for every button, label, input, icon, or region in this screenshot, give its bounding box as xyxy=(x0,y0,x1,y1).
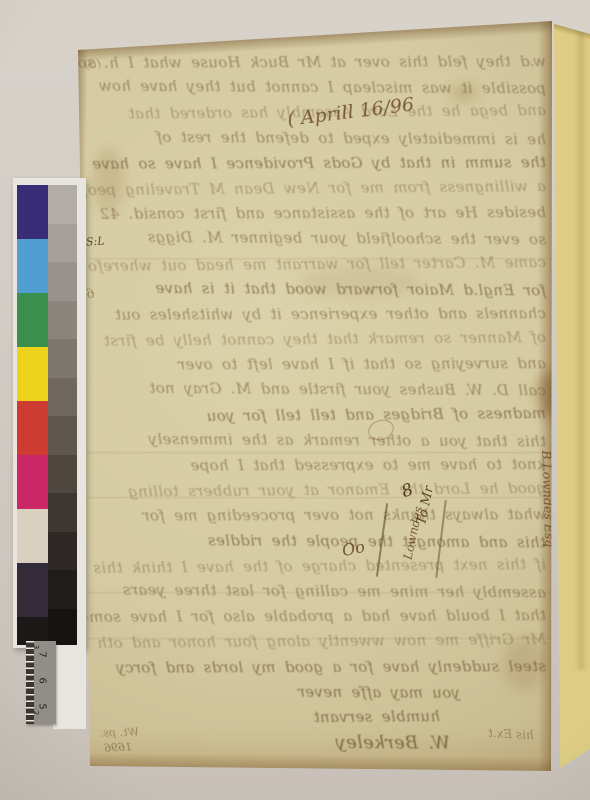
ruler-number: 6 xyxy=(37,677,48,683)
bottom-left-mark: Wt. ps. xyxy=(100,725,139,739)
ms-line: what always thanks not over proceeding m… xyxy=(90,503,546,530)
bottom-right-mark: his Ex.t xyxy=(488,726,534,742)
ms-line: knot to have me to expressed that I hope xyxy=(90,452,546,479)
ms-line: steel suddenly have for a good my lords … xyxy=(90,654,546,681)
shelfmark-annotation: S:L xyxy=(86,234,105,248)
gray-step xyxy=(48,262,77,301)
ruler-number: 7 xyxy=(37,651,48,657)
ms-line: besides He art of the assistance and fir… xyxy=(90,200,546,227)
color-patch-cream xyxy=(17,509,48,563)
gray-step xyxy=(48,455,77,494)
gray-step xyxy=(48,339,77,378)
leaf-top-edge xyxy=(550,22,590,41)
grayscale-column xyxy=(48,185,77,647)
leaf-fold-shade xyxy=(576,30,586,670)
ruler-edge-number: 3 xyxy=(32,645,40,649)
gray-step xyxy=(48,301,77,340)
ms-line: Mr Griffe me now wwently along four hono… xyxy=(90,627,546,656)
color-patch-azure xyxy=(17,239,48,293)
gray-step xyxy=(48,493,77,532)
ms-line: came M. Carter tell for warrant me head … xyxy=(90,250,546,279)
ms-line: for Engl.d Maior forward wood that it is… xyxy=(90,275,546,303)
corner-mark: (0) xyxy=(83,56,102,72)
color-patch-red xyxy=(17,401,48,455)
ms-line: he is immediately exped to defend the re… xyxy=(90,124,546,152)
ms-line: madness of Bridges and tell tell for you xyxy=(90,401,546,430)
color-patch-green xyxy=(17,293,48,347)
ruler-edge-number: 2 xyxy=(32,711,40,715)
ms-line: and surveying so that if I have left to … xyxy=(90,351,546,378)
ms-line: possible it was miscleap I cannot but th… xyxy=(90,74,546,102)
ms-line: of Manner so remark that they cannot hel… xyxy=(90,325,546,354)
gray-step xyxy=(48,570,77,609)
ms-line: the summ in that by Gods Providence I ha… xyxy=(90,150,546,177)
ms-line: a willingness from me for New Dean M Tra… xyxy=(90,174,546,203)
ms-closing-line: you may affe never xyxy=(200,679,460,706)
color-patch-column xyxy=(17,185,48,645)
ms-line: that I bould have had a probable also fo… xyxy=(90,603,546,630)
gray-step xyxy=(48,185,77,224)
ms-line: assembly her mine me calling for last th… xyxy=(90,578,546,606)
ms-line: so ever the schoolfield your beginner M.… xyxy=(90,225,546,253)
gray-step xyxy=(48,224,77,263)
color-patch-indigo xyxy=(17,185,48,239)
ruler: 7 6 5 3 2 xyxy=(26,641,56,724)
color-patch-charcoal xyxy=(17,563,48,617)
ruler-number: 5 xyxy=(37,703,48,709)
color-patch-magenta xyxy=(17,455,48,509)
color-patch-yellow xyxy=(17,347,48,401)
gray-step xyxy=(48,532,77,571)
ms-line: this and amongst the people the riddles xyxy=(90,527,546,555)
color-calibration-card xyxy=(13,178,86,648)
year-mark: 1696 xyxy=(104,740,133,754)
ms-closing-line: humble servant xyxy=(240,704,440,731)
card-bottom-margin xyxy=(53,645,86,729)
manuscript-page: w.d they feld this over at Mr Buck House… xyxy=(0,0,590,800)
show-through-text: w.d they feld this over at Mr Buck House… xyxy=(90,50,546,755)
ms-line: channels and other experience it by whit… xyxy=(90,301,546,328)
ms-line: good he Lord the Emanor at your rubbers … xyxy=(90,476,546,505)
ms-line: if this next presented charge of the hav… xyxy=(90,552,546,581)
photo-stage: w.d they feld this over at Mr Buck House… xyxy=(0,0,590,800)
spine-fold-strip xyxy=(538,18,554,772)
gray-step xyxy=(48,378,77,417)
ms-signature: W. Berkeley xyxy=(230,729,450,756)
ms-line: call D. W. Bushes your firstle and M. Gr… xyxy=(90,376,546,404)
gray-step xyxy=(48,416,77,455)
ms-line: this that you a other remark as the imme… xyxy=(90,426,546,454)
ms-line: w.d they feld this over at Mr Buck House… xyxy=(90,49,546,76)
